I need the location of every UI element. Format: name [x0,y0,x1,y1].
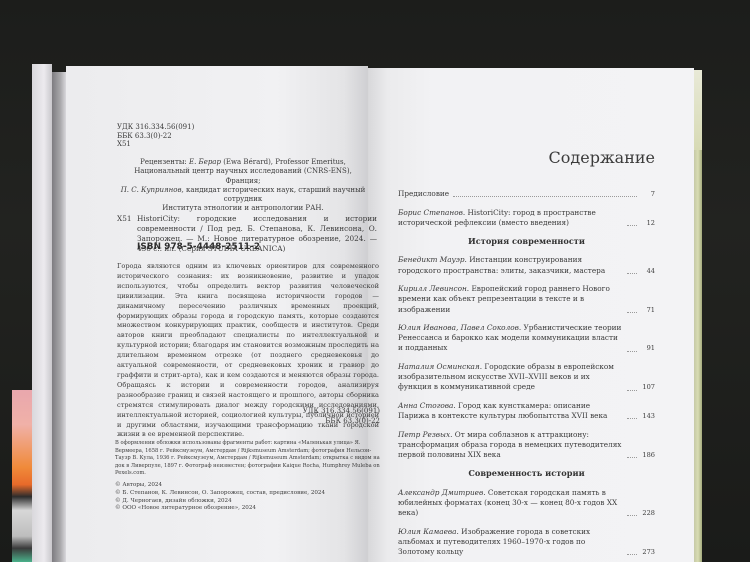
left-cover-board [32,64,52,562]
toc-leader-dots [627,312,637,313]
copyright-line: © Авторы, 2024 [115,482,385,490]
toc-section-heading: История современности [398,236,655,246]
page-stack-shadow [52,72,66,562]
udk-code: УДК 316.334.56(091) [117,123,194,132]
toc-leader-dots [627,554,637,555]
toc-leader-dots [453,196,637,197]
toc-entry-page: 12 [641,218,655,228]
toc-entry-page: 186 [641,450,655,460]
toc-entry-author: Юлия Иванова, Павел Соколов. [398,323,521,332]
right-page-edges-top [694,70,702,150]
toc-entry-author: Петр Резвых. [398,430,452,439]
reviewers-block: Рецензенты: Е. Берар (Ewa Bérard), Profe… [118,158,368,214]
udk-code-bottom: УДК 316.334.56(091) [270,407,380,417]
toc-entry-page: 91 [641,343,655,353]
toc-entry-page: 71 [641,305,655,315]
cover-artwork [12,390,32,562]
toc-entry-author: Бенедикт Мауэр. [398,255,467,264]
toc-entry: Александр Дмитриев. Советская городская … [398,488,655,519]
toc-entry: Бенедикт Мауэр. Инстанции конструировани… [398,255,655,275]
toc-leader-dots [627,390,637,391]
reviewer-1-name: Е. Берар [189,158,221,166]
toc-entry-author: Кирилл Левинсон. [398,284,469,293]
toc-leader-dots [627,418,637,419]
reviewer-1-details: (Ewa Bérard), Professor Emeritus, [223,158,346,166]
toc-leader-dots [627,273,637,274]
reviewer-2-name: П. С. Куприянов, [121,186,184,194]
bbk-code-bottom: ББК 63.3(0)-22 [270,417,380,427]
toc-entry: Наталия Осминская. Городские образы в ев… [398,362,655,393]
reviewer-2-affiliation: Института этнологии и антропологии РАН. [118,204,368,213]
toc-entry: Юлия Иванова, Павел Соколов. Урбанистиче… [398,323,655,354]
toc-leader-dots [627,515,637,516]
bbk-code: ББК 63.3(0)-22 [117,132,194,141]
toc-entry: Борис Степанов. HistoriCity: город в про… [398,208,655,228]
toc-entry: Кирилл Левинсон. Европейский город ранне… [398,284,655,315]
reviewer-1-affiliation: Национальный центр научных исследований … [118,167,368,186]
toc-entry-author: Юлия Камаева. [398,527,459,536]
toc-entry-author: Наталия Осминская. [398,362,482,371]
classification-codes: УДК 316.334.56(091) ББК 63.3(0)-22 Х51 [117,123,194,149]
reviewers-label: Рецензенты: [140,158,187,166]
catalog-code: Х51 [117,214,137,224]
toc-section-heading: Современность истории [398,468,655,478]
classification-codes-bottom: УДК 316.334.56(091) ББК 63.3(0)-22 [270,407,380,426]
cover-credits: В оформлении обложки использованы фрагме… [115,440,385,478]
toc-entry: Предисловие7 [398,189,655,199]
copyright-line: © ООО «Новое литературное обозрение», 20… [115,505,385,513]
copyright-block: © Авторы, 2024 © Б. Степанов, К. Левинсо… [115,482,385,513]
isbn: ISBN 978-5-4448-2511-2 [137,243,260,252]
toc-entry-page: 44 [641,266,655,276]
toc-entry-page: 273 [641,547,655,557]
toc-entry-page: 143 [641,411,655,421]
toc-leader-dots [627,351,637,352]
toc-entry: Петр Резвых. От мира соблазнов к аттракц… [398,430,655,461]
toc-entry: Анна Стогова. Город как кунсткамера: опи… [398,401,655,421]
toc-entry-page: 107 [641,382,655,392]
toc-leader-dots [627,457,637,458]
toc-entry-author: Борис Степанов. [398,208,465,217]
author-mark: Х51 [117,140,194,149]
toc-leader-dots [627,225,637,226]
reviewer-2-details: кандидат исторических наук, старший науч… [186,186,365,203]
copyright-line: © Б. Степанов, К. Левинсон, О. Запорожец… [115,490,385,498]
toc-entry-author: Александр Дмитриев. [398,488,486,497]
toc-entry-author: Анна Стогова. [398,401,456,410]
open-book: УДК 316.334.56(091) ББК 63.3(0)-22 Х51 Р… [0,0,750,562]
toc-entry-page: 7 [641,189,655,199]
toc-entry: Юлия Камаева. Изображение города в совет… [398,527,655,558]
table-of-contents: Предисловие7Борис Степанов. HistoriCity:… [398,189,655,562]
toc-entry-title: Предисловие [398,189,449,198]
toc-entry-page: 228 [641,508,655,518]
toc-title: Содержание [540,148,655,167]
